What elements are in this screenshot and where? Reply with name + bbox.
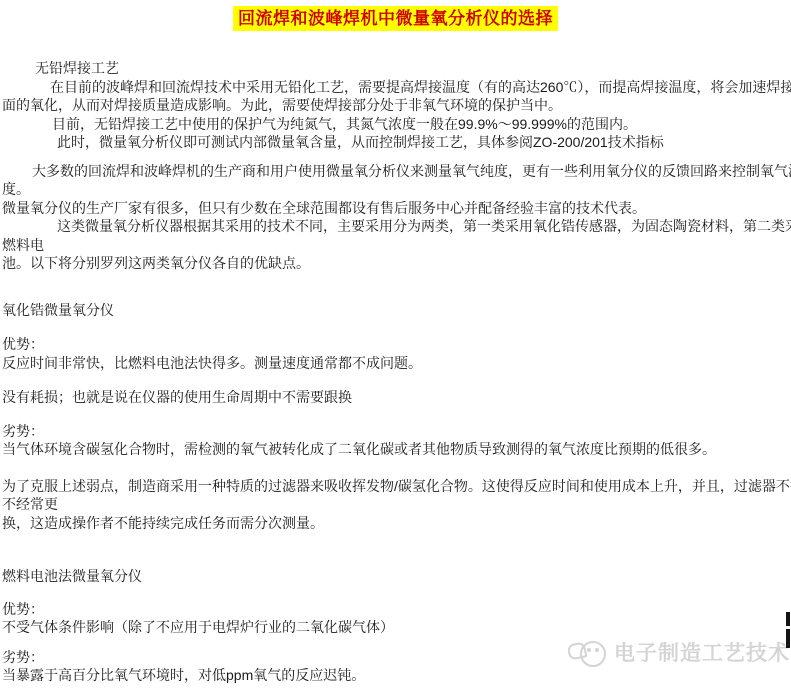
document-body: 无铅焊接工艺在目前的波峰焊和回流焊技术中采用无铅化工艺，需要提高焊接温度（有的高… — [0, 59, 791, 685]
text-line: 目前，无铅焊接工艺中使用的保护气为纯氮气，其氮气浓度一般在99.9%～99.99… — [0, 115, 791, 134]
text-line: 大多数的回流焊和波峰焊机的生产商和用户使用微量氧分析仪来测量氧气纯度，更有一些利… — [0, 162, 791, 181]
text-line: 此时，微量氧分析仪即可测试内部微量氧含量，从而控制焊接工艺，具体参阅ZO-200… — [0, 133, 791, 152]
text-line: 这类微量氧分析仪器根据其采用的技术不同，主要采用分为两类，第一类采用氧化锆传感器… — [0, 217, 791, 236]
text-line: 为了克服上述弱点，制造商采用一种特质的过滤器来吸收挥发物/碳氢化合物。这使得反应… — [0, 477, 791, 496]
text-line: 微量氧分仪的生产厂家有很多，但只有少数在全球范围都设有售后服务中心并配备经验丰富… — [0, 199, 791, 218]
scrollbar-fragment-top — [786, 612, 790, 626]
scrollbar-fragment-bottom — [786, 629, 790, 648]
watermark: 电子制造工艺技术 — [568, 638, 790, 670]
text-line: 反应时间非常快，比燃料电池法快得多。测量速度通常都不成问题。 — [0, 354, 791, 373]
text-line: 劣势： — [0, 422, 791, 441]
page-title: 回流焊和波峰焊机中微量氧分析仪的选择 — [233, 6, 558, 31]
text-line: 度。 — [0, 180, 791, 199]
text-line: 不受气体条件影响（除了不应用于电焊炉行业的二氧化碳气体） — [0, 618, 791, 637]
text-line: 池。以下将分别罗列这两类氧分仪各自的优缺点。 — [0, 254, 791, 273]
text-line: 优势： — [0, 600, 791, 619]
text-line: 无铅焊接工艺 — [0, 59, 791, 78]
watermark-label: 电子制造工艺技术 — [614, 638, 790, 670]
text-line: 面的氧化，从而对焊接质量造成影响。为此，需要使焊接部分处于非氧气环境的保护当中。 — [0, 96, 791, 115]
text-line: 燃料电 — [0, 236, 791, 255]
text-line: 氧化锆微量氧分仪 — [0, 301, 791, 320]
text-line: 在目前的波峰焊和回流焊技术中采用无铅化工艺，需要提高焊接温度（有的高达260℃）… — [0, 78, 791, 97]
text-line: 换，这造成操作者不能持续完成任务而需分次测量。 — [0, 514, 791, 533]
text-line: 当气体环境含碳氢化合物时，需检测的氧气被转化成了二氧化碳或者其他物质导致测得的氧… — [0, 440, 791, 459]
document-page: 回流焊和波峰焊机中微量氧分析仪的选择 无铅焊接工艺在目前的波峰焊和回流焊技术中采… — [0, 0, 791, 690]
text-line: 优势： — [0, 335, 791, 354]
text-line: 没有耗损；也就是说在仪器的使用生命周期中不需要跟换 — [0, 388, 791, 407]
official-account-logo-icon — [568, 638, 606, 670]
title-row: 回流焊和波峰焊机中微量氧分析仪的选择 — [0, 6, 791, 31]
text-line: 燃料电池法微量氧分仪 — [0, 567, 791, 586]
text-line: 不经常更 — [0, 495, 791, 514]
